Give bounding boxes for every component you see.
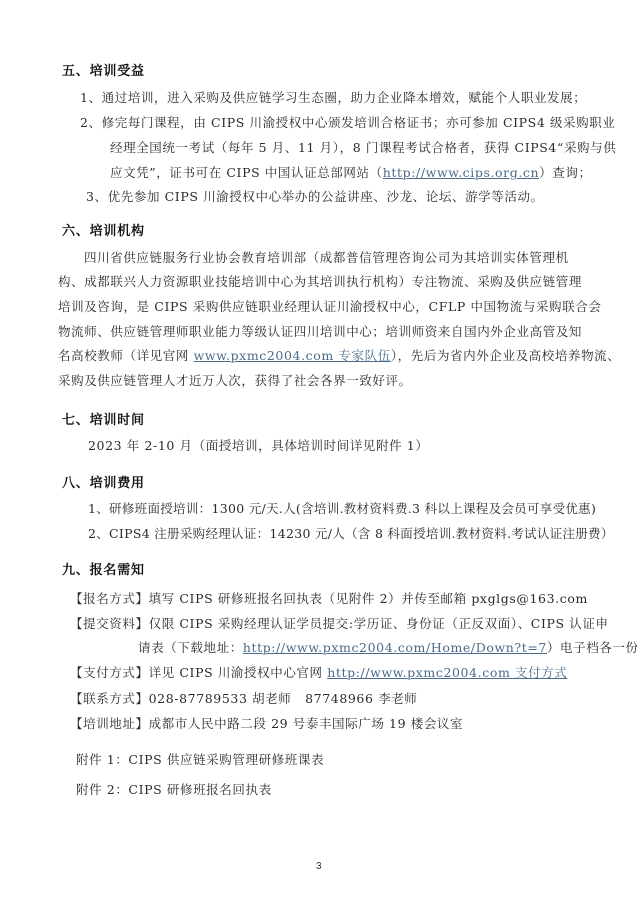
attachment-2: 附件 2：CIPS 研修班报名回执表 <box>76 782 272 798</box>
institution-line-1: 四川省供应链服务行业协会教育培训部（成都普信管理咨询公司为其培训实体管理机 <box>84 250 569 266</box>
benefit-item-2-line1: 2、修完每门课程，由 CIPS 川渝授权中心颁发培训合格证书；亦可参加 CIPS… <box>80 115 615 131</box>
field-label: 【联系方式】 <box>70 691 149 706</box>
benefit-text: ）查询； <box>539 165 591 180</box>
benefit-item-3: 3、优先参加 CIPS 川渝授权中心举办的公益讲座、沙龙、论坛、游学等活动。 <box>86 189 544 205</box>
field-value: ）电子档各一份 <box>547 640 639 655</box>
institution-title: 六、培训机构 <box>62 224 145 240</box>
institution-text: ），先后为省内外企业及高校培养物流、 <box>391 348 621 363</box>
time-title: 七、培训时间 <box>62 413 145 429</box>
fee-item-1: 1、研修班面授培训：1300 元/天.人(含培训.教材资料费.3 科以上课程及会… <box>88 501 596 517</box>
download-link[interactable]: http://www.pxmc2004.com/Home/Down?t=7 <box>243 640 547 655</box>
field-label: 【提交资料】 <box>70 616 149 631</box>
fees-title: 八、培训费用 <box>62 476 145 492</box>
field-value: 请表（下载地址： <box>138 640 243 655</box>
field-value: 详见 CIPS 川渝授权中心官网 <box>149 665 328 680</box>
field-label: 【支付方式】 <box>70 665 149 680</box>
registration-method: 【报名方式】填写 CIPS 研修班报名回执表（见附件 2）并传至邮箱 pxglg… <box>70 591 588 607</box>
institution-line-2: 构、成都联兴人力资源职业技能培训中心为其培训执行机构）专注物流、采购及供应链管理 <box>58 274 582 290</box>
benefit-item-2-line2: 经理全国统一考试（每年 5 月、11 月），8 门课程考试合格者，获得 CIPS… <box>110 140 616 156</box>
benefit-text: 应文凭”，证书可在 CIPS 中国认证总部网站（ <box>110 165 383 180</box>
field-value: 仅限 CIPS 采购经理认证学员提交:学历证、身份证（正反双面）、CIPS 认证… <box>149 616 609 631</box>
field-value: 028-87789533 胡老师 87748966 李老师 <box>149 691 418 706</box>
field-value: 成都市人民中路二段 29 号泰丰国际广场 19 楼会议室 <box>149 716 464 731</box>
field-label: 【培训地址】 <box>70 716 149 731</box>
expert-team-link[interactable]: www.pxmc2004.com 专家队伍 <box>194 348 391 363</box>
institution-line-4: 物流师、供应链管理师职业能力等级认证四川培训中心；培训师资来自国内外企业高管及知 <box>58 324 582 340</box>
registration-materials-line1: 【提交资料】仅限 CIPS 采购经理认证学员提交:学历证、身份证（正反双面）、C… <box>70 616 609 632</box>
fee-item-2: 2、CIPS4 注册采购经理认证：14230 元/人（含 8 科面授培训.教材资… <box>88 526 614 542</box>
institution-line-5: 名高校教师（详见官网 www.pxmc2004.com 专家队伍），先后为省内外… <box>58 348 620 364</box>
registration-materials-line2: 请表（下载地址：http://www.pxmc2004.com/Home/Dow… <box>138 640 639 656</box>
institution-line-6: 采购及供应链管理人才近万人次，获得了社会各界一致好评。 <box>58 373 412 389</box>
benefit-item-2-line3: 应文凭”，证书可在 CIPS 中国认证总部网站（http://www.cips.… <box>110 165 592 181</box>
cips-website-link[interactable]: http://www.cips.org.cn <box>383 165 539 180</box>
benefit-item-1: 1、通过培训，进入采购及供应链学习生态圈，助力企业降本增效，赋能个人职业发展； <box>80 90 586 106</box>
page-number: 3 <box>316 861 322 872</box>
field-value: 填写 CIPS 研修班报名回执表（见附件 2）并传至邮箱 pxglgs@163.… <box>149 591 588 606</box>
institution-line-3: 培训及咨询，是 CIPS 采购供应链职业经理认证川渝授权中心，CFLP 中国物流… <box>58 299 601 315</box>
field-label: 【报名方式】 <box>70 591 149 606</box>
registration-title: 九、报名需知 <box>62 563 145 579</box>
attachment-1: 附件 1：CIPS 供应链采购管理研修班课表 <box>76 752 324 768</box>
registration-address: 【培训地址】成都市人民中路二段 29 号泰丰国际广场 19 楼会议室 <box>70 716 463 732</box>
payment-link[interactable]: http://www.pxmc2004.com 支付方式 <box>327 665 567 680</box>
benefits-title: 五、培训受益 <box>62 64 145 80</box>
registration-contact: 【联系方式】028-87789533 胡老师 87748966 李老师 <box>70 691 417 707</box>
registration-payment: 【支付方式】详见 CIPS 川渝授权中心官网 http://www.pxmc20… <box>70 665 567 681</box>
time-text: 2023 年 2-10 月（面授培训，具体培训时间详见附件 1） <box>88 438 428 454</box>
institution-text: 名高校教师（详见官网 <box>58 348 194 363</box>
